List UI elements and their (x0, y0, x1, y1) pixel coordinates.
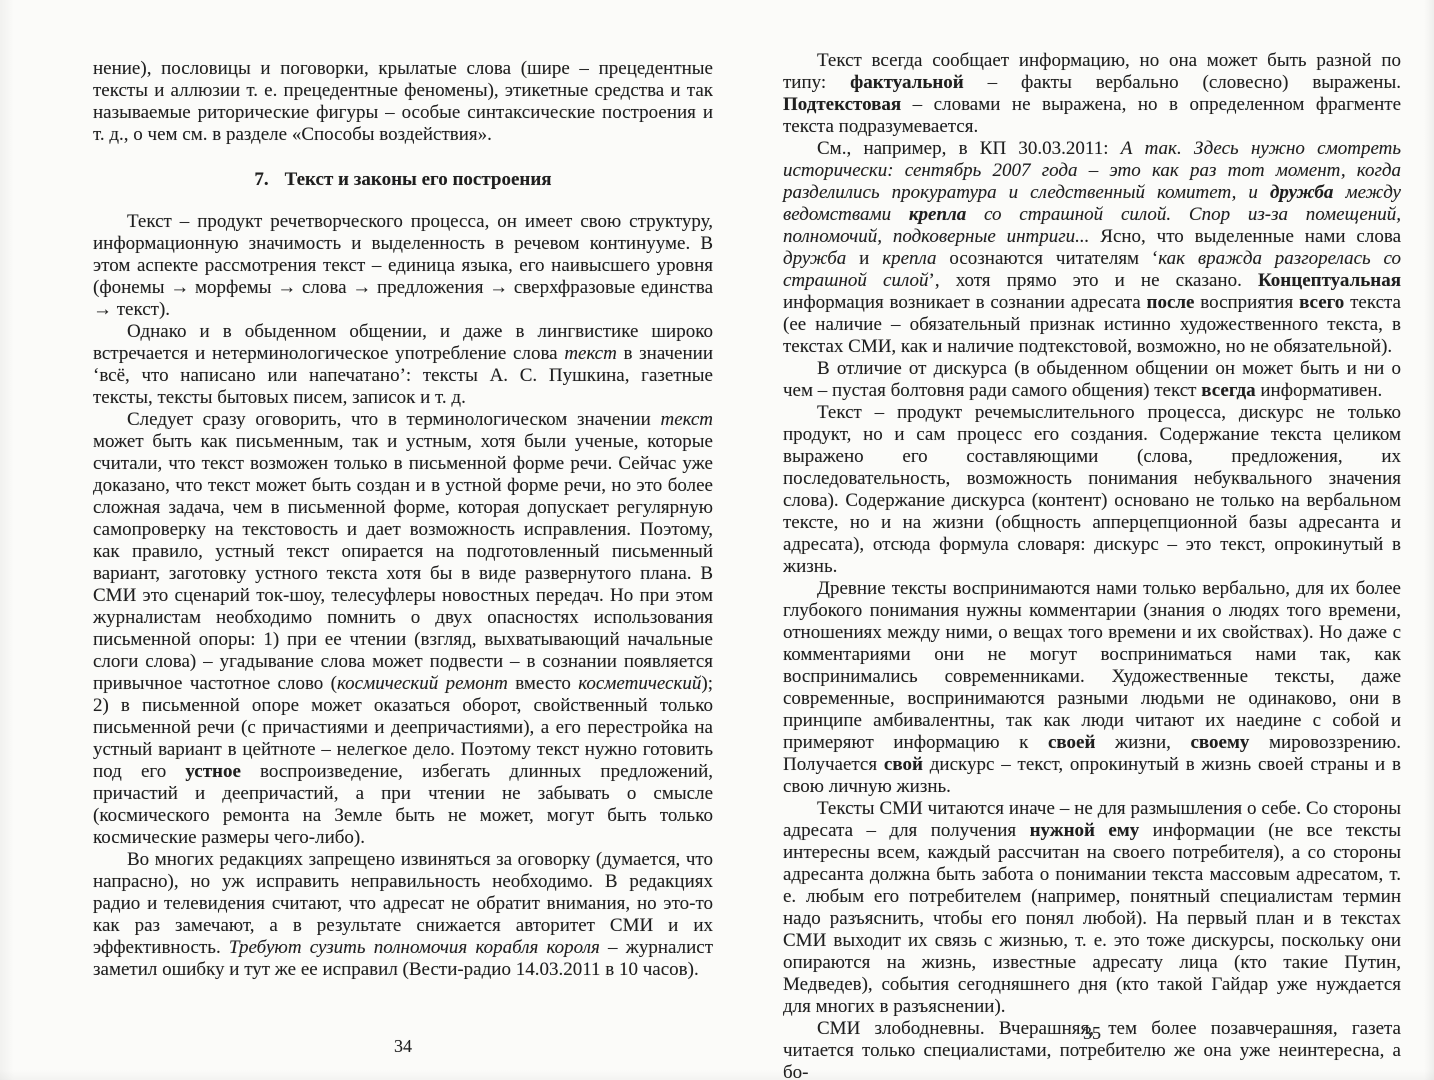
text-run: дружба (783, 248, 846, 269)
paragraph: Во многих редакциях запрещено извиняться… (93, 849, 713, 981)
section-title: Текст и законы его построения (285, 169, 552, 190)
text-run: См., например, в КП 30.03.2011: (817, 138, 1121, 159)
text-run: всегда (1201, 380, 1255, 401)
text-run: нужной ему (1030, 820, 1140, 841)
text-run: текст (661, 409, 713, 430)
paragraph: Тексты СМИ читаются иначе – не для размы… (783, 798, 1401, 1018)
paragraph: Однако и в обыденном общении, и даже в л… (93, 321, 713, 409)
text-run: своей (1048, 732, 1095, 753)
section-number: 7. (254, 169, 268, 190)
text-run: Ясно, что выделенные нами слова (1089, 226, 1401, 247)
paragraph: См., например, в КП 30.03.2011: А так. З… (783, 138, 1401, 358)
text-run: восприятия (1194, 292, 1299, 313)
text-run: устное (185, 761, 241, 782)
text-run: нение), пословицы и поговорки, крылатые … (93, 58, 713, 145)
paragraph: Текст – продукт речемыслительного процес… (783, 402, 1401, 578)
text-run: жизни, (1095, 732, 1190, 753)
text-run: косметический (578, 673, 701, 694)
text-run: Концептуальная (1258, 270, 1401, 291)
text-run: информации (не все тексты интересны всем… (783, 820, 1401, 1017)
page-number: 35 (783, 1022, 1401, 1044)
paragraph: В отличие от дискурса (в обыденном общен… (783, 358, 1401, 402)
text-run: свой (884, 754, 923, 775)
section-heading: 7.Текст и законы его построения (93, 169, 713, 191)
text-run: своему (1190, 732, 1249, 753)
text-run: текст (564, 343, 616, 364)
text-run: космический ремонт (337, 673, 508, 694)
text-run: крепла (909, 204, 966, 225)
paragraph: Текст всегда сообщает информацию, но она… (783, 50, 1401, 138)
text-run: вместо (508, 673, 578, 694)
text-run: Подтекстовая (783, 94, 901, 115)
paragraph: Текст – продукт речетворческого процесса… (93, 211, 713, 321)
text-run: ’, хотя прямо это и не сказано. (929, 270, 1258, 291)
paragraph: Древние тексты воспринимаются нами тольк… (783, 578, 1401, 798)
text-run: – факты вербально (словесно) выражены. (964, 72, 1401, 93)
paragraph: нение), пословицы и поговорки, крылатые … (93, 58, 713, 146)
text-run: Текст – продукт речетворческого процесса… (93, 211, 713, 320)
page-left: нение), пословицы и поговорки, крылатые … (93, 58, 713, 1058)
text-run: фактуальной (850, 72, 964, 93)
text-run: информативен. (1256, 380, 1383, 401)
text-run: и (846, 248, 882, 269)
scanned-book-spread: { "pages": [ { "page_number": "34", "hea… (0, 0, 1434, 1080)
text-run: информация возникает в сознании адресата (783, 292, 1147, 313)
text-run: Требуют сузить полномочия корабля короля (229, 937, 600, 958)
text-run: осознаются читателям ‘ (937, 248, 1159, 269)
text-run: после (1147, 292, 1195, 313)
text-run: Текст – продукт речемыслительного процес… (783, 402, 1401, 577)
page-right: Текст всегда сообщает информацию, но она… (783, 50, 1401, 1060)
text-run: дружба (1270, 182, 1333, 203)
text-run: может быть как письменным, так и устным,… (93, 431, 713, 694)
text-run: Следует сразу оговорить, что в терминоло… (127, 409, 661, 430)
text-run: Древние тексты воспринимаются нами тольк… (783, 578, 1401, 753)
text-run: всего (1299, 292, 1344, 313)
page-number: 34 (93, 1035, 713, 1057)
text-run: крепла (882, 248, 936, 269)
book-spread: нение), пословицы и поговорки, крылатые … (0, 0, 1434, 1080)
paragraph: Следует сразу оговорить, что в терминоло… (93, 409, 713, 849)
